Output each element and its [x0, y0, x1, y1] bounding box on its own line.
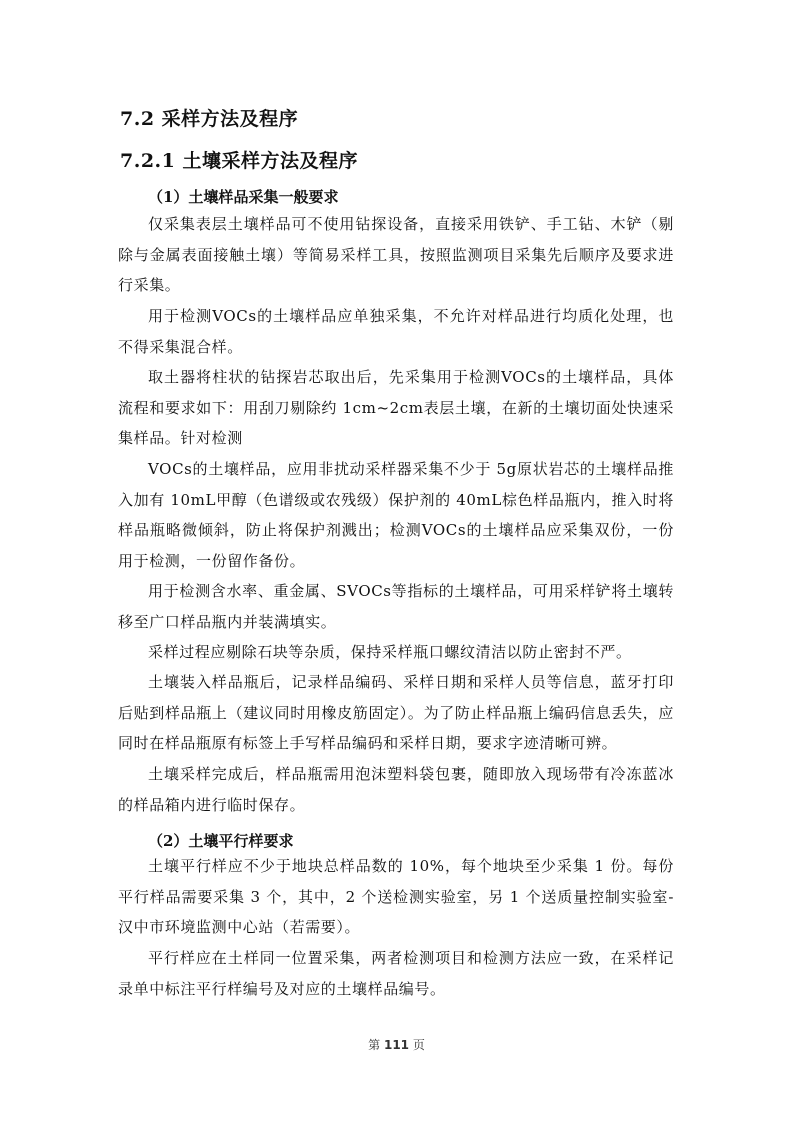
page-number: 111 — [384, 1038, 409, 1052]
paragraph: 土壤采样完成后，样品瓶需用泡沫塑料袋包裹，随即放入现场带有冷冻蓝冰的样品箱内进行… — [118, 759, 674, 820]
paragraph: 取土器将柱状的钻探岩芯取出后，先采集用于检测VOCs的土壤样品，具体流程和要求如… — [118, 362, 674, 454]
paragraph: 土壤装入样品瓶后，记录样品编码、采样日期和采样人员等信息，蓝牙打印后贴到样品瓶上… — [118, 667, 674, 759]
part2-heading: （2）土壤平行样要求 — [148, 830, 293, 851]
part1-heading: （1）土壤样品采集一般要求 — [148, 186, 338, 207]
paragraph: 采样过程应剔除石块等杂质，保持采样瓶口螺纹清洁以防止密封不严。 — [118, 637, 674, 668]
subsection-heading: 7.2.1 土壤采样方法及程序 — [120, 146, 358, 173]
paragraph: 土壤平行样应不少于地块总样品数的 10%，每个地块至少采集 1 份。每份平行样品… — [118, 851, 674, 943]
page-footer: 第 111 页 — [0, 1036, 793, 1053]
paragraph: VOCs的土壤样品，应用非扰动采样器采集不少于 5g原状岩芯的土壤样品推入加有 … — [118, 454, 674, 576]
paragraph: 用于检测含水率、重金属、SVOCs等指标的土壤样品，可用采样铲将土壤转移至广口样… — [118, 576, 674, 637]
page-prefix: 第 — [368, 1038, 380, 1052]
paragraph: 仅采集表层土壤样品可不使用钻探设备，直接采用铁铲、手工钻、木铲（剔除与金属表面接… — [118, 209, 674, 301]
page-suffix: 页 — [413, 1038, 425, 1052]
section-heading: 7.2 采样方法及程序 — [120, 104, 298, 131]
paragraph: 平行样应在土样同一位置采集，两者检测项目和检测方法应一致，在采样记录单中标注平行… — [118, 943, 674, 1004]
paragraph: 用于检测VOCs的土壤样品应单独采集，不允许对样品进行均质化处理，也不得采集混合… — [118, 301, 674, 362]
